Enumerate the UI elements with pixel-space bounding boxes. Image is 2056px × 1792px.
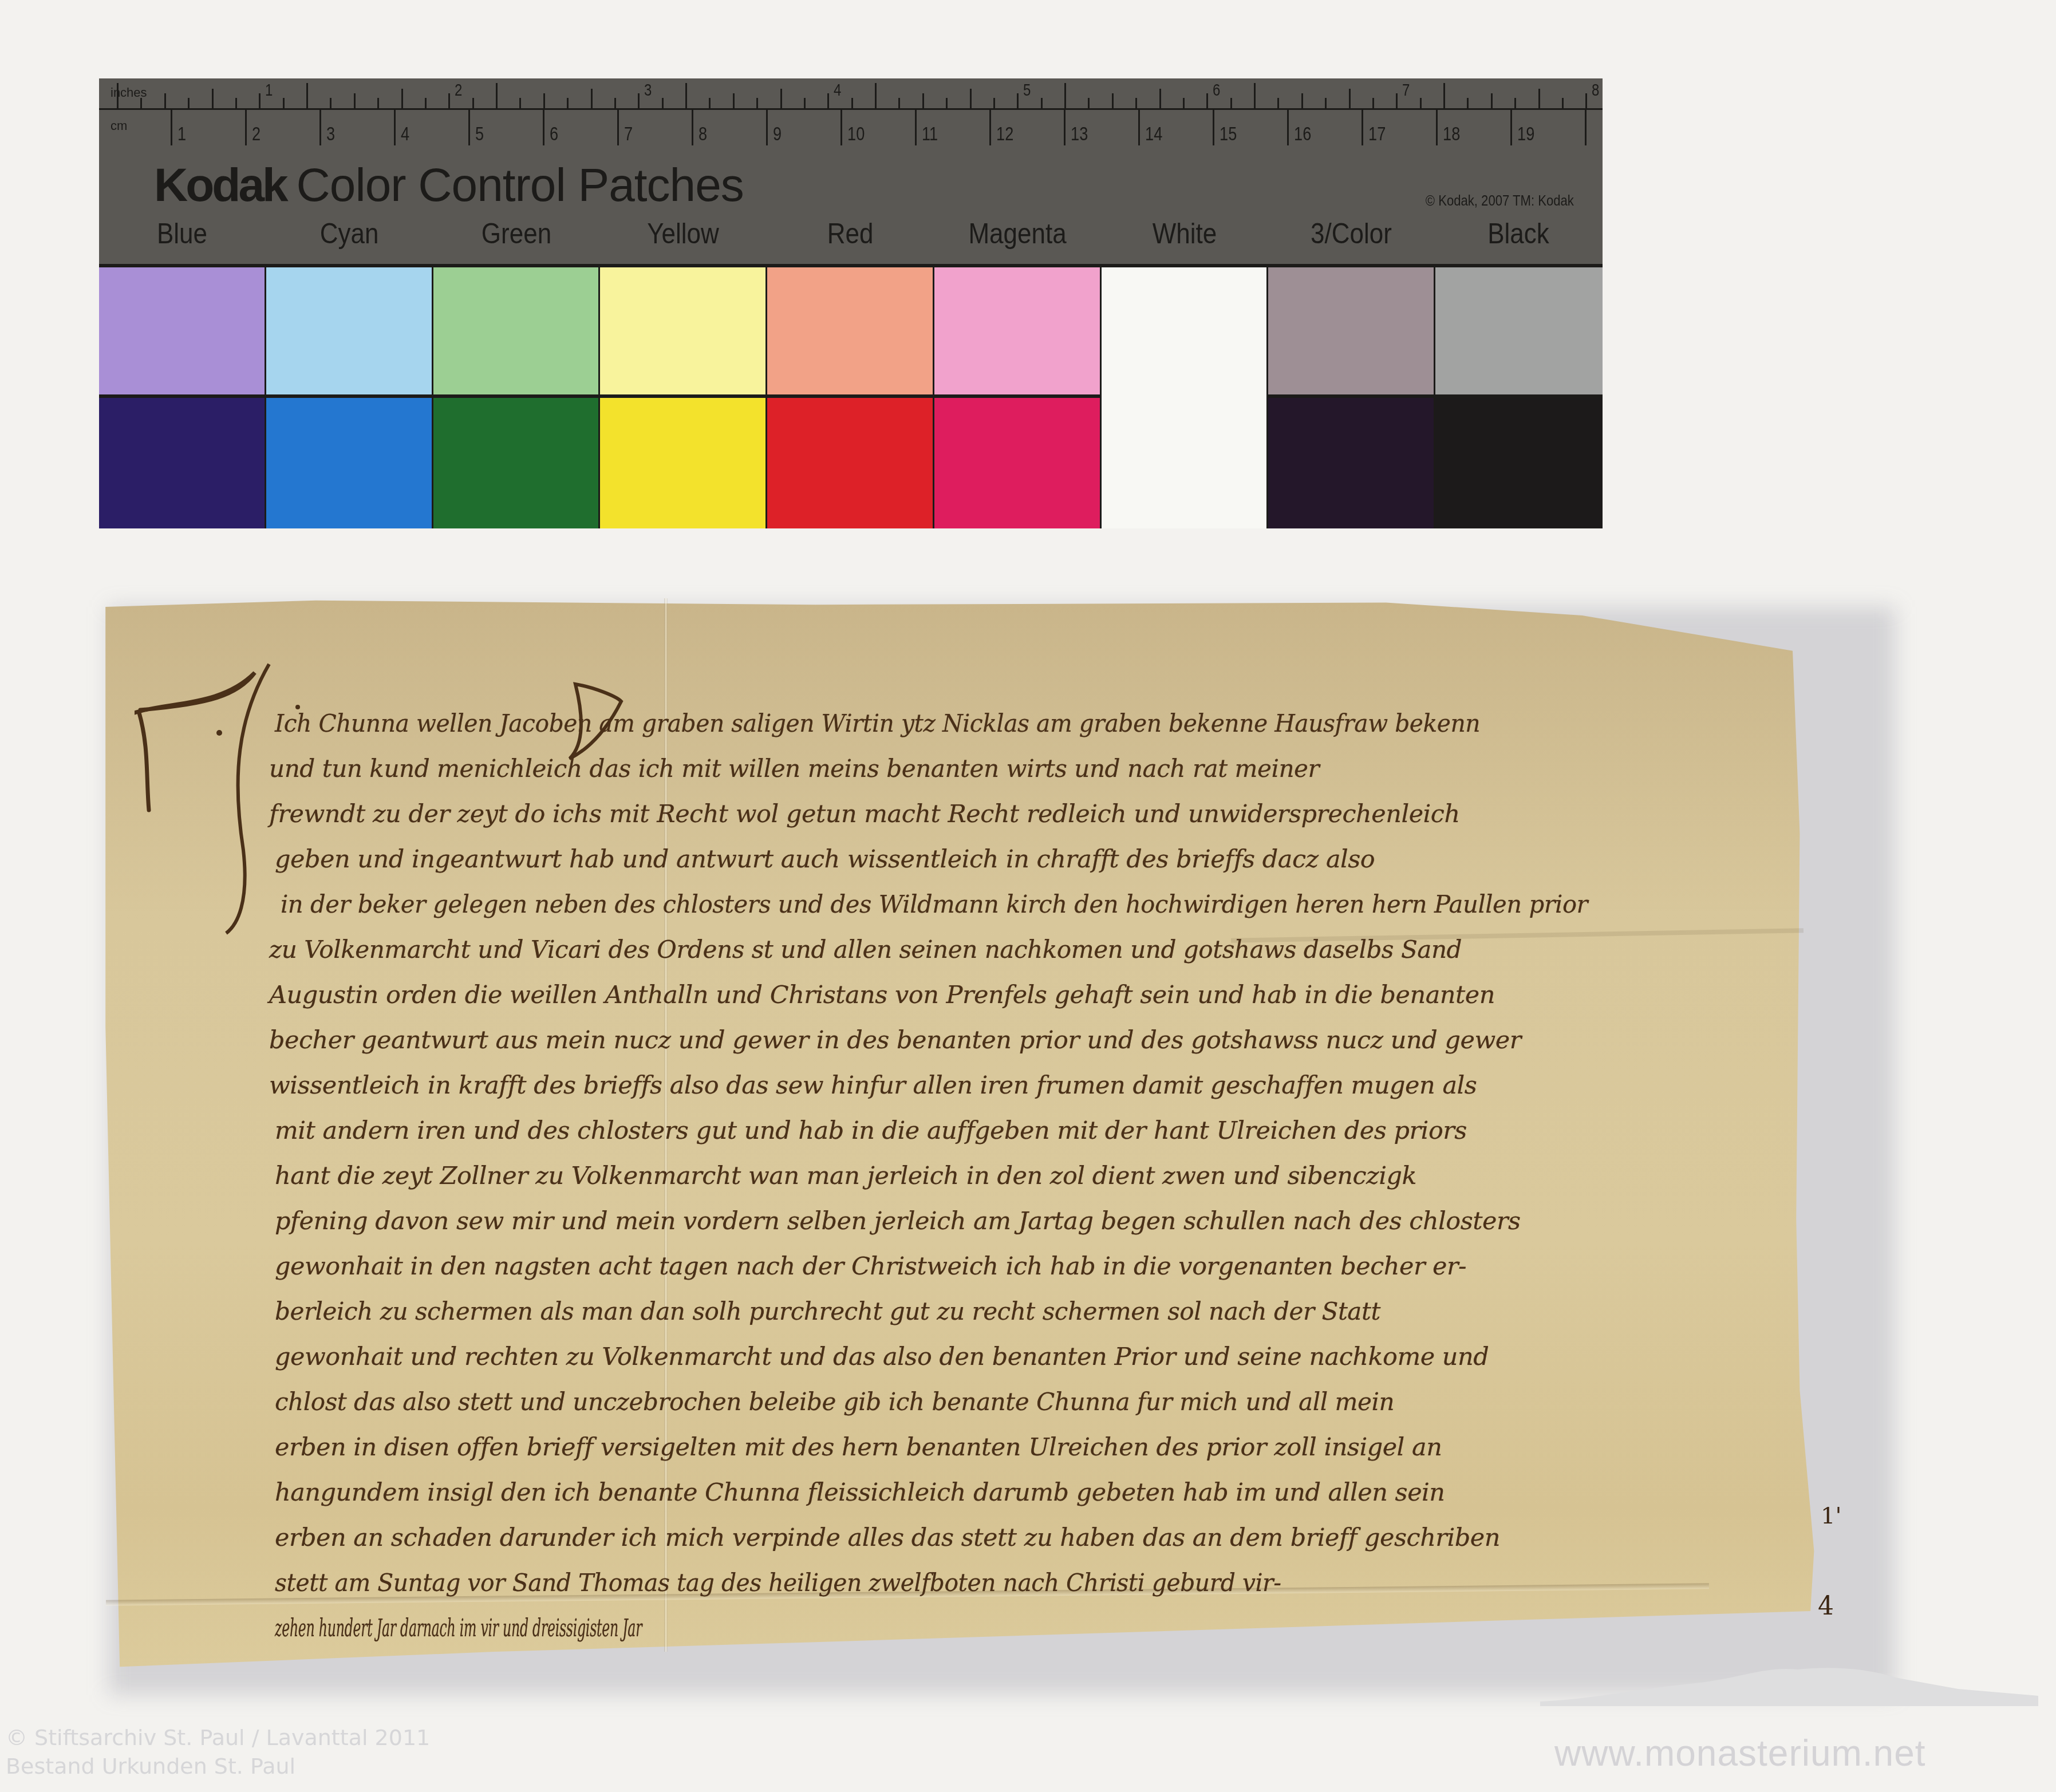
cm-number: 3 [326,123,335,145]
cm-number: 2 [252,123,261,145]
inch-tick [1112,93,1114,108]
cm-tick [1585,110,1587,145]
cm-number: 18 [1443,123,1460,145]
inch-tick [448,93,450,108]
kodak-title: KodakColor Control Patches [154,159,744,212]
inch-tick [993,98,995,108]
cm-number: 14 [1145,123,1162,145]
inch-tick [1159,89,1161,108]
cm-tick [1064,110,1066,145]
patch-label-magenta: Magenta [944,217,1090,250]
inch-tick [614,98,616,108]
charter-line: Ich Chunna wellen Jacoben am graben sali… [275,701,1754,747]
inch-tick [330,98,332,108]
patch-dark-3-color [1268,394,1435,528]
cm-tick [1362,110,1363,145]
patch-light-blue [99,267,266,394]
inch-tick [827,93,829,108]
charter-line: hant die zeyt Zollner zu Volkenmarcht wa… [275,1154,1832,1199]
inch-number: 1 [265,81,273,100]
charter-line: und tun kund menichleich das ich mit wil… [269,747,1801,792]
inch-tick [188,98,190,108]
inch-tick [1277,98,1279,108]
target-title: Color Control Patches [297,159,744,211]
patch-light-magenta [934,267,1102,394]
cm-tick [692,110,693,145]
patch-light-black [1435,267,1603,394]
inch-tick [662,98,664,108]
inch-tick [1372,98,1374,108]
inch-tick [1135,98,1137,108]
cm-number: 8 [699,123,707,145]
patch-label-red: Red [778,217,924,250]
inch-tick [1585,93,1587,108]
inch-number: 3 [644,81,652,100]
inch-tick [638,93,640,108]
ruler-divider [99,108,1603,110]
charter-line: gewonhait und rechten zu Volkenmarcht un… [275,1335,1832,1380]
inch-tick [472,98,474,108]
charter-line: wissentleich in krafft des brieffs also … [269,1063,1832,1108]
charter-line: Augustin orden die weillen Anthalln und … [269,973,1832,1018]
inch-tick [1183,98,1185,108]
charter-line: in der beker gelegen neben des chlosters… [281,882,1786,927]
inch-number: 8 [1592,81,1599,100]
cm-tick [840,110,842,145]
charter-line: erben in disen offen brieff versigelten … [275,1425,1832,1470]
cm-tick [617,110,619,145]
charter-line: pfening davon sew mir und mein vordern s… [275,1199,1832,1244]
patch-light-cyan [266,267,433,394]
inch-tick [1420,98,1422,108]
cm-tick [1213,110,1214,145]
charter-line: mit andern iren und des chlosters gut un… [275,1108,1832,1154]
cm-tick [766,110,768,145]
patch-label-green: Green [443,217,589,250]
patch-label-blue: Blue [109,217,255,250]
cm-number: 16 [1294,123,1311,145]
inch-tick [1514,98,1516,108]
inch-tick [1325,98,1327,108]
patch-light-red [767,267,934,394]
patch-dark-blue [99,394,266,528]
inch-tick [733,93,735,108]
inch-number: 5 [1023,81,1031,100]
inch-tick [496,83,498,108]
inch-tick [851,98,853,108]
patch-label-white: White [1111,217,1257,250]
cm-number: 13 [1071,123,1088,145]
inch-tick [306,83,308,108]
patch-label-yellow: Yellow [610,217,756,250]
inch-tick [1562,98,1564,108]
inch-tick [1017,93,1019,108]
inch-tick [235,98,237,108]
cm-number: 6 [550,123,558,145]
patch-dark-yellow [600,394,767,528]
inch-tick [1443,83,1445,108]
patch-dark-cyan [266,394,433,528]
inch-tick [1041,98,1043,108]
inch-tick [970,89,972,108]
inch-tick [117,83,119,108]
cm-tick [989,110,991,145]
archive-copyright-line-1: © Stiftsarchiv St. Paul / Lavanttal 2011 [6,1723,430,1752]
cm-number: 12 [996,123,1013,145]
inch-tick [591,89,593,108]
cm-number: 11 [922,123,938,145]
charter-line: gewonhait in den nagsten acht tagen nach… [275,1244,1832,1289]
inch-tick [804,98,806,108]
charter-line: becher geantwurt aus mein nucz und gewer… [269,1018,1832,1063]
inch-tick [1064,83,1066,108]
inch-tick [898,98,900,108]
charter-line: zu Volkenmarcht und Vicari des Ordens st… [269,927,1801,973]
archive-copyright: © Stiftsarchiv St. Paul / Lavanttal 2011… [6,1723,430,1781]
cm-tick [319,110,321,145]
inch-number: 7 [1402,81,1410,100]
inch-tick [1349,89,1351,108]
cm-number: 17 [1368,123,1386,145]
inch-tick [1206,93,1208,108]
cm-number: 19 [1517,123,1534,145]
inch-tick [1088,98,1090,108]
inch-tick [354,93,356,108]
cm-tick [245,110,247,145]
monastery-silhouette-icon [1523,1666,2038,1706]
ruler-cm-label: cm [111,119,127,133]
charter-line: zehen hundert Jar darnach im vir und dre… [275,1606,1131,1651]
kodak-color-target: inches cm 12345678 123456789101112131415… [99,78,1603,525]
cm-tick [468,110,470,145]
inch-tick [164,93,166,108]
color-patches [99,264,1603,528]
inch-tick [780,89,782,108]
charter-line: erben an schaden darunder ich mich verpi… [275,1515,1832,1561]
patch-label-black: Black [1446,217,1592,250]
inch-tick [377,98,379,108]
cm-tick [1510,110,1512,145]
charter-line: chlost das also stett und unczebrochen b… [275,1380,1801,1425]
patch-labels: BlueCyanGreenYellowRedMagentaWhite3/Colo… [99,217,1603,251]
cm-number: 7 [624,123,633,145]
charter-line: stett am Suntag vor Sand Thomas tag des … [275,1561,1754,1606]
cm-number: 10 [847,123,865,145]
cm-tick [915,110,917,145]
monasterium-url: www.monasterium.net [1554,1732,1926,1774]
inch-tick [1254,83,1256,108]
charter-text: Ich Chunna wellen Jacoben am graben sali… [275,701,1832,1651]
patch-label-3-color: 3/Color [1278,217,1424,250]
inch-tick [946,98,948,108]
inch-tick [756,98,758,108]
inch-number: 2 [455,81,462,100]
inch-tick [875,83,877,108]
inch-tick [922,93,924,108]
inch-tick [1301,93,1303,108]
kodak-logo-text: Kodak [154,159,286,211]
charter-line: berleich zu schermen als man dan solh pu… [275,1289,1801,1335]
patch-dark-green [433,394,601,528]
cm-number: 9 [773,123,782,145]
inch-tick [259,93,261,108]
inch-tick [140,98,142,108]
patch-light-3-color [1268,267,1435,394]
inch-tick [685,83,687,108]
inch-tick [401,89,403,108]
inch-number: 6 [1213,81,1220,100]
patch-dark-black [1435,394,1603,528]
cm-tick [543,110,544,145]
patch-label-cyan: Cyan [276,217,422,250]
inch-tick [1230,98,1232,108]
cm-tick [394,110,396,145]
inch-tick [425,98,427,108]
cm-tick [1436,110,1438,145]
inch-tick [1491,93,1493,108]
cm-number: 4 [401,123,409,145]
inch-tick [1538,89,1540,108]
charter-line: frewndt zu der zeyt do ichs mit Recht wo… [269,792,1832,837]
patch-dark-magenta [934,394,1102,528]
charter-line: hangundem insigl den ich benante Chunna … [275,1470,1832,1515]
cm-tick [171,110,172,145]
inch-tick [567,98,569,108]
corner-mark: 4 [1818,1592,1834,1621]
cm-tick [1138,110,1140,145]
cm-number: 15 [1220,123,1237,145]
kodak-copyright: © Kodak, 2007 TM: Kodak [1426,192,1574,210]
margin-mark: 1' [1821,1503,1841,1529]
inch-tick [1467,98,1469,108]
cm-number: 5 [475,123,484,145]
patch-dark-red [767,394,934,528]
patch-light-green [433,267,601,394]
patch-light-yellow [600,267,767,394]
inch-tick [1396,93,1398,108]
cm-tick [1287,110,1289,145]
inch-tick [519,98,521,108]
inch-tick [283,98,285,108]
archive-copyright-line-2: Bestand Urkunden St. Paul [6,1752,430,1781]
inch-number: 4 [834,81,841,100]
inch-tick [212,89,214,108]
charter-line: geben und ingeantwurt hab und antwurt au… [275,837,1832,882]
cm-number: 1 [177,123,186,145]
inch-tick [709,98,711,108]
patch-light-white [1102,267,1269,528]
inch-tick [543,93,545,108]
